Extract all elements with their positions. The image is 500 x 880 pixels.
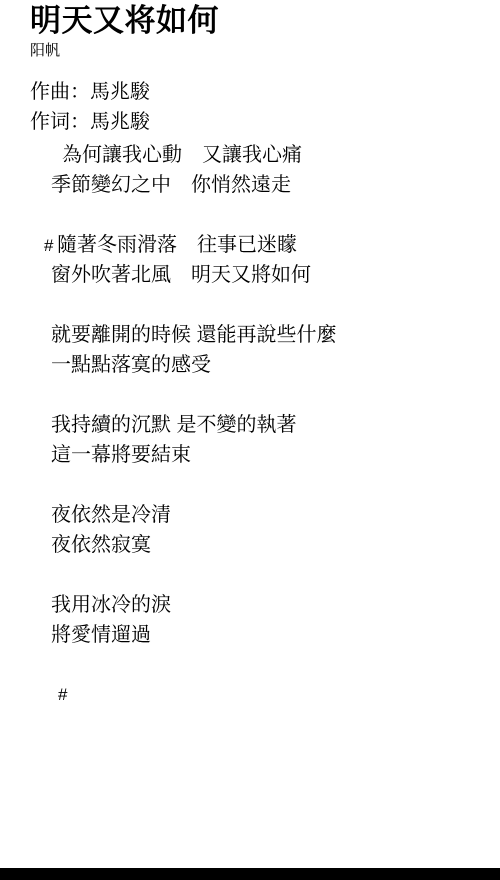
lyric-text: 隨著冬雨滑落 往事已迷矇 [57, 234, 297, 256]
lyric-line: 一點點落寞的感受 [0, 350, 500, 380]
lyric-line: 這一幕將要結束 [0, 440, 500, 470]
lyric-line: 窗外吹著北風 明天又將如何 [0, 260, 500, 290]
lyric-blank-line [0, 200, 500, 230]
lyric-line: 我持續的沉默 是不變的執著 [0, 410, 500, 440]
song-title: 明天又将如何 [30, 0, 500, 40]
artist-name: 阳帆 [30, 40, 500, 62]
lyricist-name: 馬兆駿 [90, 111, 150, 133]
lyric-line: 我用冰冷的淚 [0, 590, 500, 620]
lyric-blank-line [0, 650, 500, 680]
lyricist-separator: ： [70, 111, 90, 133]
composer-separator: ： [70, 81, 90, 103]
lyricist-label: 作词 [30, 111, 70, 133]
lyric-line: #隨著冬雨滑落 往事已迷矇 [0, 230, 500, 260]
lyric-line: 夜依然是冷清 [0, 500, 500, 530]
lyric-blank-line [0, 470, 500, 500]
lyric-line: 季節變幻之中 你悄然遠走 [0, 170, 500, 200]
lyric-line: 夜依然寂寞 [0, 530, 500, 560]
section-marker: # [44, 231, 57, 261]
footer-bar [0, 868, 500, 880]
lyric-line: 就要離開的時候 還能再說些什麼 [0, 320, 500, 350]
lyric-line: 將愛情遛過 [0, 620, 500, 650]
lyrics-page: 明天又将如何 阳帆 作曲：馬兆駿 作词：馬兆駿 為何讓我心動 又讓我心痛季節變幻… [0, 0, 500, 880]
section-marker-end: # [0, 680, 500, 710]
credits-block: 作曲：馬兆駿 作词：馬兆駿 [30, 77, 500, 137]
composer-name: 馬兆駿 [90, 81, 150, 103]
composer-line: 作曲：馬兆駿 [30, 77, 500, 107]
lyricist-line: 作词：馬兆駿 [30, 107, 500, 137]
lyric-blank-line [0, 380, 500, 410]
lyrics-body: 為何讓我心動 又讓我心痛季節變幻之中 你悄然遠走#隨著冬雨滑落 往事已迷矇窗外吹… [0, 140, 500, 710]
composer-label: 作曲 [30, 81, 70, 103]
lyric-blank-line [0, 290, 500, 320]
lyric-blank-line [0, 560, 500, 590]
lyric-line: 為何讓我心動 又讓我心痛 [0, 140, 500, 170]
